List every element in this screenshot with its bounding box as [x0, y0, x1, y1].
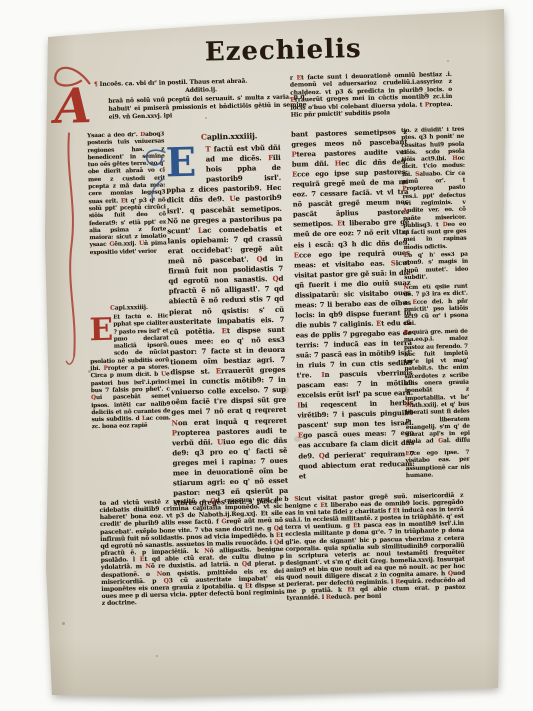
chapter-initial-blue: E — [165, 145, 206, 186]
bible-text: T factũ est vbũ dñi ad me dicẽs. Fili ho… — [166, 143, 288, 508]
marginal-gloss-right-1: tio. z diuidit' i tres ptes. q3 h ponit'… — [401, 127, 467, 249]
top-right-annotation: r Et facte sunt i deuorationẽ omniũ best… — [290, 71, 453, 129]
marginal-gloss-right-2: Eo q' h' ess3 pa ston9. s' magis in lupũ… — [404, 252, 469, 282]
photo-background: Ezechielis ¶ Incoẽs. ca. vbi dr' in post… — [0, 0, 533, 711]
marginal-gloss-right-3: Ncm etĩ qslie runt de. 7 p3 ira ex dict'… — [404, 284, 469, 328]
marginal-gloss-right-4: Requirã gre. meũ de ma.eo.p.i. maloz pas… — [404, 329, 471, 448]
bible-text-column-right: bant pastores semetipsos z greges meos n… — [291, 127, 416, 509]
marginal-gloss-right-5: Ecce ego ipse. 7 visitabo eas. per assum… — [405, 450, 470, 497]
bottom-commentary-left: to ad victũ vestẽ z vestitũ. e Qd crassu… — [99, 496, 285, 618]
bottom-commentary-right: b Sicut visitat pastor gregẽ suũ. miseri… — [284, 492, 466, 618]
bible-text-column-left: ET factũ est vbũ dñi ad me dicẽs. Fili h… — [165, 143, 288, 512]
printed-page: Ezechielis ¶ Incoẽs. ca. vbi dr' in post… — [0, 0, 533, 711]
